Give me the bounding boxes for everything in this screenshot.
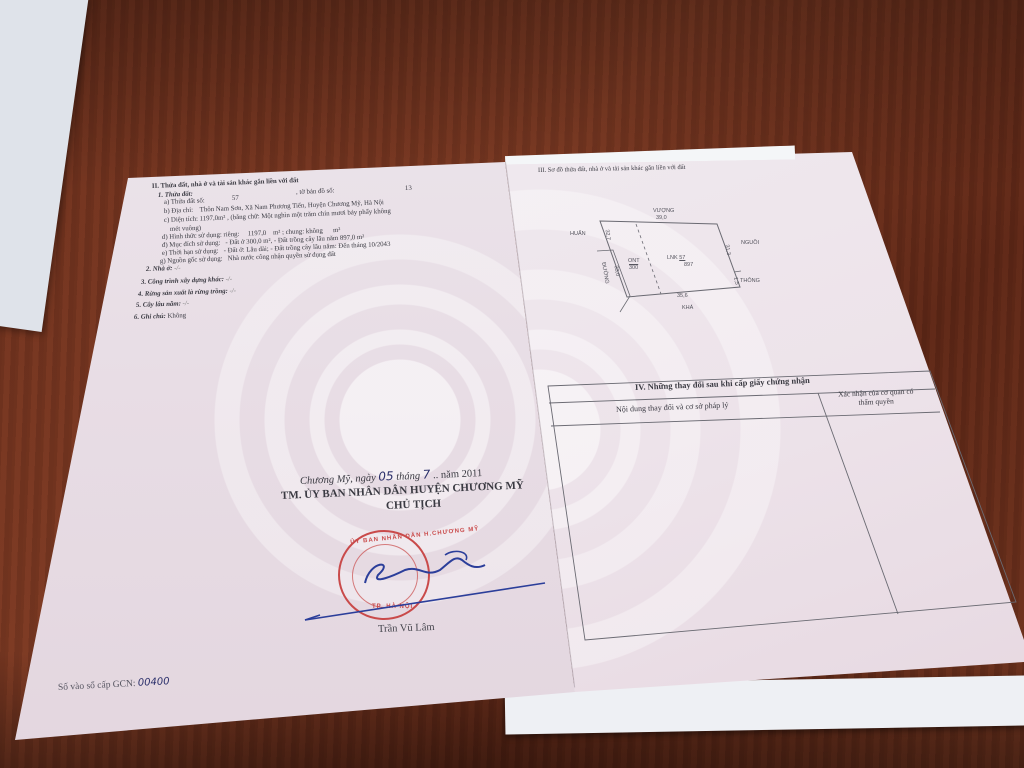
column-header-confirmation: Xác nhận của cơ quan có thẩm quyền	[830, 386, 923, 408]
changes-table-grid	[0, 0, 1024, 768]
